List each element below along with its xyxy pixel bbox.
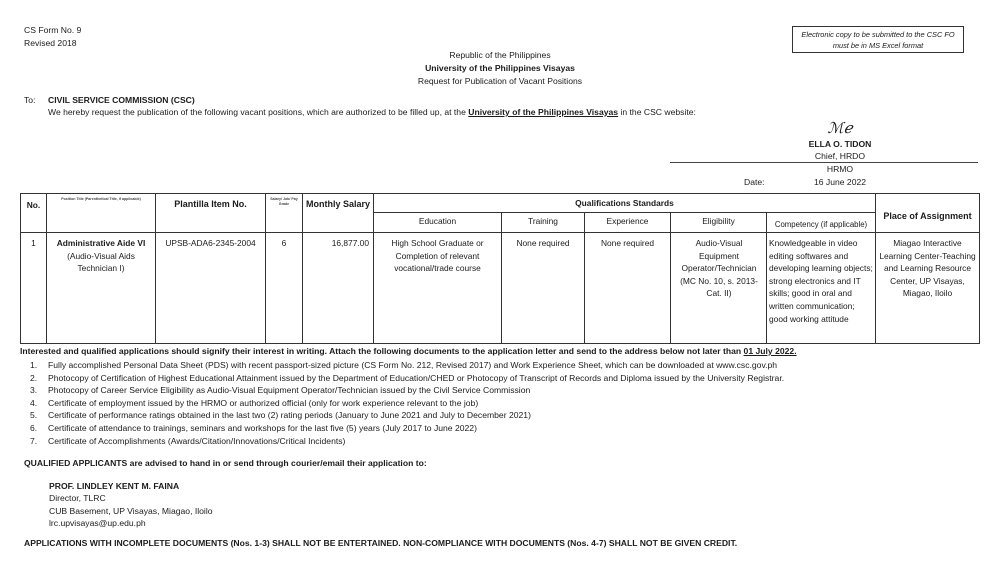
item-number: 2.	[30, 372, 48, 385]
header-training: Training	[502, 215, 584, 228]
form-identifier: CS Form No. 9 Revised 2018	[24, 24, 81, 50]
parenthetical-title: (Audio-Visual Aids Technician I)	[50, 250, 152, 275]
item-number: 4.	[30, 397, 48, 410]
cell-education: High School Graduate or Completion of re…	[378, 237, 497, 275]
col-divider	[265, 193, 266, 344]
header-education: Education	[374, 215, 501, 228]
document-header: Republic of the Philippines University o…	[330, 49, 670, 88]
date-value: 16 June 2022	[760, 177, 920, 188]
list-item: 4.Certificate of employment issued by th…	[30, 397, 784, 410]
cell-position: Administrative Aide VI (Audio-Visual Aid…	[50, 237, 152, 275]
note-line-1: Electronic copy to be submitted to the C…	[793, 29, 963, 40]
cell-no: 1	[21, 237, 46, 250]
header-experience: Experience	[585, 215, 670, 228]
list-item: 5.Certificate of performance ratings obt…	[30, 409, 784, 422]
cell-place: Miagao Interactive Learning Center-Teach…	[879, 237, 976, 300]
excel-format-note: Electronic copy to be submitted to the C…	[792, 26, 964, 53]
list-item: 1.Fully accomplished Personal Data Sheet…	[30, 359, 784, 372]
item-text: Fully accomplished Personal Data Sheet (…	[48, 359, 777, 372]
row-divider	[373, 212, 875, 213]
requirements-intro: Interested and qualified applications sh…	[20, 346, 797, 357]
note-line-2: must be in MS Excel format	[793, 40, 963, 51]
form-number: CS Form No. 9	[24, 24, 81, 37]
requirements-intro-text: Interested and qualified applications sh…	[20, 346, 744, 356]
signatory-name: ELLA O. TIDON	[760, 138, 920, 150]
header-monthly-salary: Monthly Salary	[303, 198, 373, 211]
university-name: University of the Philippines Visayas	[330, 62, 670, 75]
list-item: 6.Certificate of attendance to trainings…	[30, 422, 784, 435]
signatory-position: Chief, HRDO	[760, 150, 920, 162]
signature-icon: ℳℯ	[760, 120, 920, 138]
col-divider	[302, 193, 303, 344]
item-number: 7.	[30, 435, 48, 448]
item-number: 5.	[30, 409, 48, 422]
header-plantilla: Plantilla Item No.	[156, 198, 265, 211]
signature-divider	[670, 162, 978, 163]
header-salary-grade: Salary/ Job/ Pay Grade	[266, 197, 302, 207]
item-text: Certificate of employment issued by the …	[48, 397, 478, 410]
cell-experience: None required	[585, 237, 670, 250]
contact-address: CUB Basement, UP Visayas, Miagao, Iloilo	[49, 505, 213, 517]
header-no: No.	[21, 199, 46, 212]
cell-competency: Knowledgeable in video editing softwares…	[769, 237, 875, 325]
list-item: 7.Certificate of Accomplishments (Awards…	[30, 435, 784, 448]
requirements-list: 1.Fully accomplished Personal Data Sheet…	[30, 359, 784, 447]
position-title: Administrative Aide VI	[50, 237, 152, 250]
form-revision: Revised 2018	[24, 37, 81, 50]
item-number: 3.	[30, 384, 48, 397]
row-divider	[20, 232, 980, 233]
header-position-title: Position Title (Parenthetical Title, if …	[48, 197, 154, 202]
list-item: 3.Photocopy of Career Service Eligibilit…	[30, 384, 784, 397]
contact-block: PROF. LINDLEY KENT M. FAINA Director, TL…	[49, 480, 213, 530]
item-text: Photocopy of Certification of Highest Ed…	[48, 372, 784, 385]
intro-agency: University of the Philippines Visayas	[468, 107, 618, 117]
submission-intro: QUALIFIED APPLICANTS are advised to hand…	[24, 458, 427, 469]
table-border-left	[20, 193, 21, 344]
cell-plantilla: UPSB-ADA6-2345-2004	[156, 237, 265, 250]
header-qualifications: Qualifications Standards	[374, 197, 875, 210]
vacant-positions-table: No. Position Title (Parenthetical Title,…	[20, 193, 980, 344]
header-place: Place of Assignment	[876, 210, 979, 223]
table-border-bottom	[20, 343, 980, 344]
signatory-office: HRMO	[760, 164, 920, 175]
item-number: 1.	[30, 359, 48, 372]
item-text: Certificate of Accomplishments (Awards/C…	[48, 435, 345, 448]
list-item: 2.Photocopy of Certification of Highest …	[30, 372, 784, 385]
item-number: 6.	[30, 422, 48, 435]
col-divider	[46, 193, 47, 344]
cell-eligibility: Audio-Visual Equipment Operator/Technici…	[677, 237, 761, 300]
to-label: To:	[24, 95, 35, 106]
header-competency: Competency (if applicable)	[767, 219, 875, 232]
intro-text-after: in the CSC website:	[618, 107, 696, 117]
header-eligibility: Eligibility	[671, 215, 766, 228]
col-divider	[155, 193, 156, 344]
table-border-right	[979, 193, 980, 344]
cell-monthly-salary: 16,877.00	[303, 237, 369, 250]
signatory-block: ℳℯ ELLA O. TIDON Chief, HRDO	[760, 120, 920, 162]
request-intro: We hereby request the publication of the…	[48, 107, 696, 118]
contact-name: PROF. LINDLEY KENT M. FAINA	[49, 480, 213, 492]
item-text: Certificate of performance ratings obtai…	[48, 409, 531, 422]
item-text: Photocopy of Career Service Eligibility …	[48, 384, 530, 397]
deadline: 01 July 2022.	[744, 346, 797, 356]
cell-training: None required	[502, 237, 584, 250]
contact-position: Director, TLRC	[49, 492, 213, 504]
contact-email[interactable]: lrc.upvisayas@up.edu.ph	[49, 517, 213, 529]
document-title: Request for Publication of Vacant Positi…	[330, 75, 670, 88]
republic-label: Republic of the Philippines	[330, 49, 670, 62]
item-text: Certificate of attendance to trainings, …	[48, 422, 477, 435]
intro-text-before: We hereby request the publication of the…	[48, 107, 468, 117]
footer-warning: APPLICATIONS WITH INCOMPLETE DOCUMENTS (…	[24, 538, 737, 549]
cell-salary-grade: 6	[266, 237, 302, 250]
table-border-top	[20, 193, 980, 194]
addressee-name: CIVIL SERVICE COMMISSION (CSC)	[48, 95, 195, 106]
